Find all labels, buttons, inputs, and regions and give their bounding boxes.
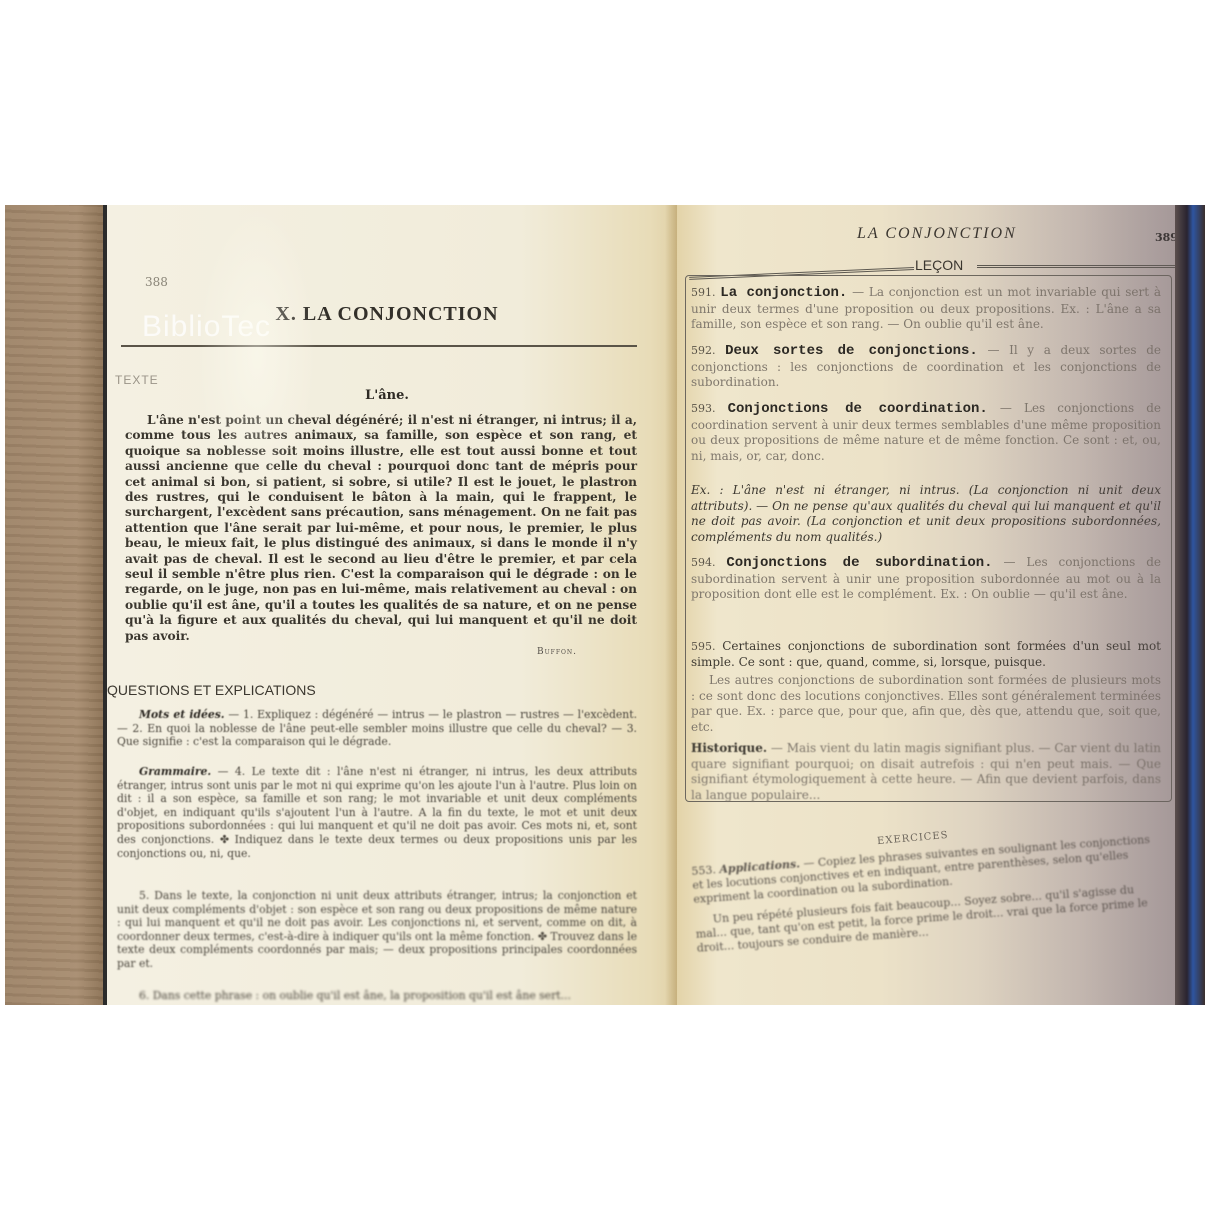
text-title: L'âne. bbox=[107, 388, 667, 403]
page-shadow bbox=[977, 205, 1182, 1005]
heading-594: Conjonctions de subordination. bbox=[726, 555, 992, 571]
right-page: LA CONJONCTION 389 LEÇON 591. La conjonc… bbox=[677, 205, 1182, 1005]
left-page: 388 X. LA CONJONCTION BiblioTec TEXTE L'… bbox=[103, 205, 697, 1005]
light-glare bbox=[197, 205, 317, 505]
left-page-number: 388 bbox=[145, 275, 168, 289]
heading-591: La conjonction. bbox=[720, 285, 847, 301]
lecon-label: LEÇON bbox=[915, 257, 963, 273]
mots-et-idees: Mots et idées. — 1. Expliquez : dégénéré… bbox=[117, 708, 637, 749]
question-6: 6. Dans cette phrase : on oublie qu'il e… bbox=[117, 989, 637, 1003]
grammaire-label: Grammaire. bbox=[139, 765, 211, 778]
blue-book-edge bbox=[1175, 205, 1205, 1005]
questions-heading: QUESTIONS ET EXPLICATIONS bbox=[107, 682, 316, 698]
heading-592: Deux sortes de conjonctions. bbox=[725, 343, 978, 359]
section-label-texte: TEXTE bbox=[115, 373, 159, 387]
exercices-heading: EXERCICES bbox=[877, 830, 949, 847]
question-5: 5. Dans le texte, la conjonction ni unit… bbox=[117, 889, 637, 971]
grammaire: Grammaire. — 4. Le texte dit : l'âne n'e… bbox=[117, 765, 637, 860]
passage-author: Buffon. bbox=[537, 647, 577, 657]
grammaire-text: — 4. Le texte dit : l'âne n'est ni étran… bbox=[117, 765, 637, 860]
historique-heading: Historique. bbox=[691, 741, 767, 755]
book-photo: 388 X. LA CONJONCTION BiblioTec TEXTE L'… bbox=[5, 205, 1205, 1005]
heading-593: Conjonctions de coordination. bbox=[728, 401, 988, 417]
mots-label: Mots et idées. bbox=[139, 708, 225, 721]
